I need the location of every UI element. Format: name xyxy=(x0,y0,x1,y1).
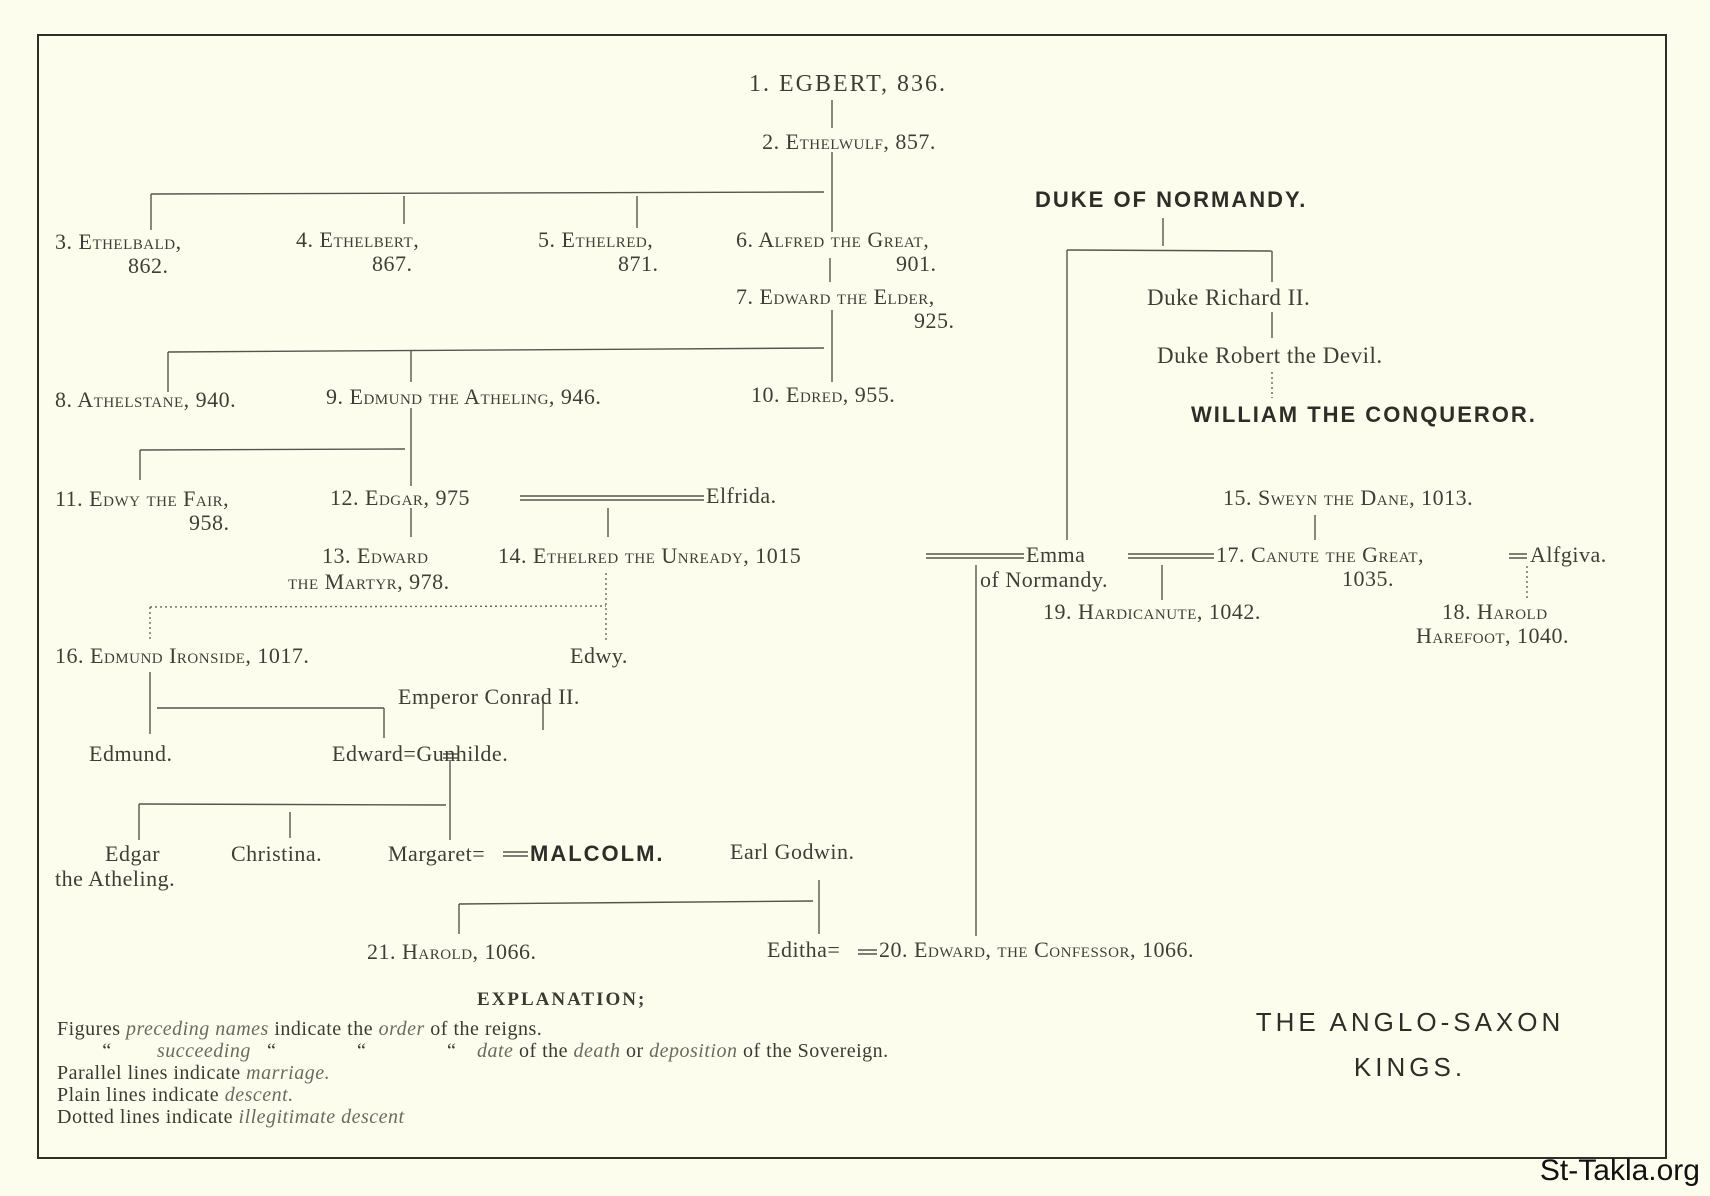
text: Parallel lines indicate xyxy=(57,1062,246,1084)
node-edward-martyr: 13. Edward xyxy=(322,544,428,568)
node-edgar-atheling-l2: the Atheling. xyxy=(55,867,175,891)
text-italic: order xyxy=(379,1018,425,1040)
diagram-title: THE ANGLO-SAXON xyxy=(1256,1010,1565,1034)
text-italic: descent. xyxy=(225,1084,294,1106)
node-ethelred1: 5. Ethelred, xyxy=(538,228,653,252)
node-ethelbald-date: 862. xyxy=(128,254,169,278)
node-elfrida: Elfrida. xyxy=(706,484,777,508)
node-edward-elder-date: 925. xyxy=(914,309,955,333)
node-duke-normandy: DUKE OF NORMANDY. xyxy=(1035,188,1307,212)
ditto-mark: “ xyxy=(267,1040,357,1062)
node-ethelred-unready: 14. Ethelred the Unready, 1015 xyxy=(498,544,801,568)
node-sweyn: 15. Sweyn the Dane, 1013. xyxy=(1223,486,1473,510)
node-margaret: Margaret= xyxy=(388,842,485,866)
text: of the reigns. xyxy=(425,1018,542,1040)
text: indicate the xyxy=(269,1018,379,1040)
explanation-line-3: Parallel lines indicate marriage. xyxy=(57,1062,330,1084)
node-alfgiva: Alfgiva. xyxy=(1530,543,1607,567)
node-malcolm: MALCOLM. xyxy=(530,842,665,866)
node-duke-robert: Duke Robert the Devil. xyxy=(1157,344,1383,368)
text-italic: succeeding xyxy=(157,1040,267,1062)
text: Figures xyxy=(57,1018,126,1040)
node-harold-harefoot: 18. Harold xyxy=(1442,600,1548,624)
node-athelstane: 8. Athelstane, 940. xyxy=(55,388,236,412)
text-italic: marriage. xyxy=(246,1062,330,1084)
explanation-line-1: Figures preceding names indicate the ord… xyxy=(57,1018,542,1040)
node-alfred-date: 901. xyxy=(896,252,937,276)
node-editha: Editha= xyxy=(767,938,840,962)
text: of the xyxy=(513,1040,573,1062)
node-edmund-atheling: 9. Edmund the Atheling, 946. xyxy=(326,385,601,409)
text: or xyxy=(620,1040,649,1062)
node-emma-l2: of Normandy. xyxy=(980,568,1108,592)
node-edwy-fair-date: 958. xyxy=(189,511,230,535)
node-ethelbert-date: 867. xyxy=(372,252,413,276)
text-italic: date xyxy=(477,1040,513,1062)
node-ethelbald: 3. Ethelbald, xyxy=(55,230,182,254)
node-edmund: Edmund. xyxy=(89,742,173,766)
watermark: St-Takla.org xyxy=(1540,1154,1700,1188)
node-edmund-ironside: 16. Edmund Ironside, 1017. xyxy=(55,644,309,668)
node-ethelred1-date: 871. xyxy=(618,252,659,276)
ditto-mark: “ xyxy=(57,1040,157,1062)
node-edgar-atheling: Edgar xyxy=(105,842,160,866)
ditto-mark: “ xyxy=(447,1040,477,1062)
node-edwy: Edwy. xyxy=(570,644,628,668)
node-edward-gunhilde: Edward=Gunhilde. xyxy=(332,742,508,766)
node-edwy-fair: 11. Edwy the Fair, xyxy=(55,487,229,511)
node-edward-confessor: 20. Edward, the Confessor, 1066. xyxy=(879,938,1194,962)
node-ethelbert: 4. Ethelbert, xyxy=(296,228,419,252)
node-william: WILLIAM THE CONQUEROR. xyxy=(1191,403,1537,427)
node-harold-harefoot-l2: Harefoot, 1040. xyxy=(1416,624,1569,648)
node-egbert: 1. EGBERT, 836. xyxy=(749,72,947,96)
node-ethelwulf: 2. Ethelwulf, 857. xyxy=(762,130,936,154)
node-emma: Emma xyxy=(1026,543,1085,567)
ditto-mark: “ xyxy=(357,1040,447,1062)
node-edred: 10. Edred, 955. xyxy=(751,383,895,407)
text-italic: death xyxy=(574,1040,621,1062)
node-harold2: 21. Harold, 1066. xyxy=(367,940,537,964)
node-edward-elder: 7. Edward the Elder, xyxy=(736,285,935,309)
node-alfred: 6. Alfred the Great, xyxy=(736,228,929,252)
text-italic: deposition xyxy=(649,1040,737,1062)
node-christina: Christina. xyxy=(231,842,322,866)
node-edward-martyr-l2: the Martyr, 978. xyxy=(288,570,450,594)
node-duke-richard: Duke Richard II. xyxy=(1147,286,1310,310)
node-earl-godwin: Earl Godwin. xyxy=(730,840,855,864)
text-italic: preceding names xyxy=(126,1018,269,1040)
node-conrad: Emperor Conrad II. xyxy=(398,685,580,709)
diagram-title-line-2: KINGS. xyxy=(1354,1055,1466,1079)
explanation-line-5: Dotted lines indicate illegitimate desce… xyxy=(57,1106,405,1128)
explanation-line-2: “succeeding“““date of the death or depos… xyxy=(57,1040,889,1062)
text: of the Sovereign. xyxy=(737,1040,888,1062)
node-canute: 17. Canute the Great, xyxy=(1216,543,1424,567)
node-hardicanute: 19. Hardicanute, 1042. xyxy=(1043,600,1261,624)
explanation-line-4: Plain lines indicate descent. xyxy=(57,1084,294,1106)
node-edgar: 12. Edgar, 975 xyxy=(330,486,470,510)
node-canute-date: 1035. xyxy=(1342,567,1394,591)
text: Plain lines indicate xyxy=(57,1084,225,1106)
explanation-heading: EXPLANATION; xyxy=(477,988,646,1012)
text-italic: illegitimate descent xyxy=(239,1106,405,1128)
text: Dotted lines indicate xyxy=(57,1106,239,1128)
